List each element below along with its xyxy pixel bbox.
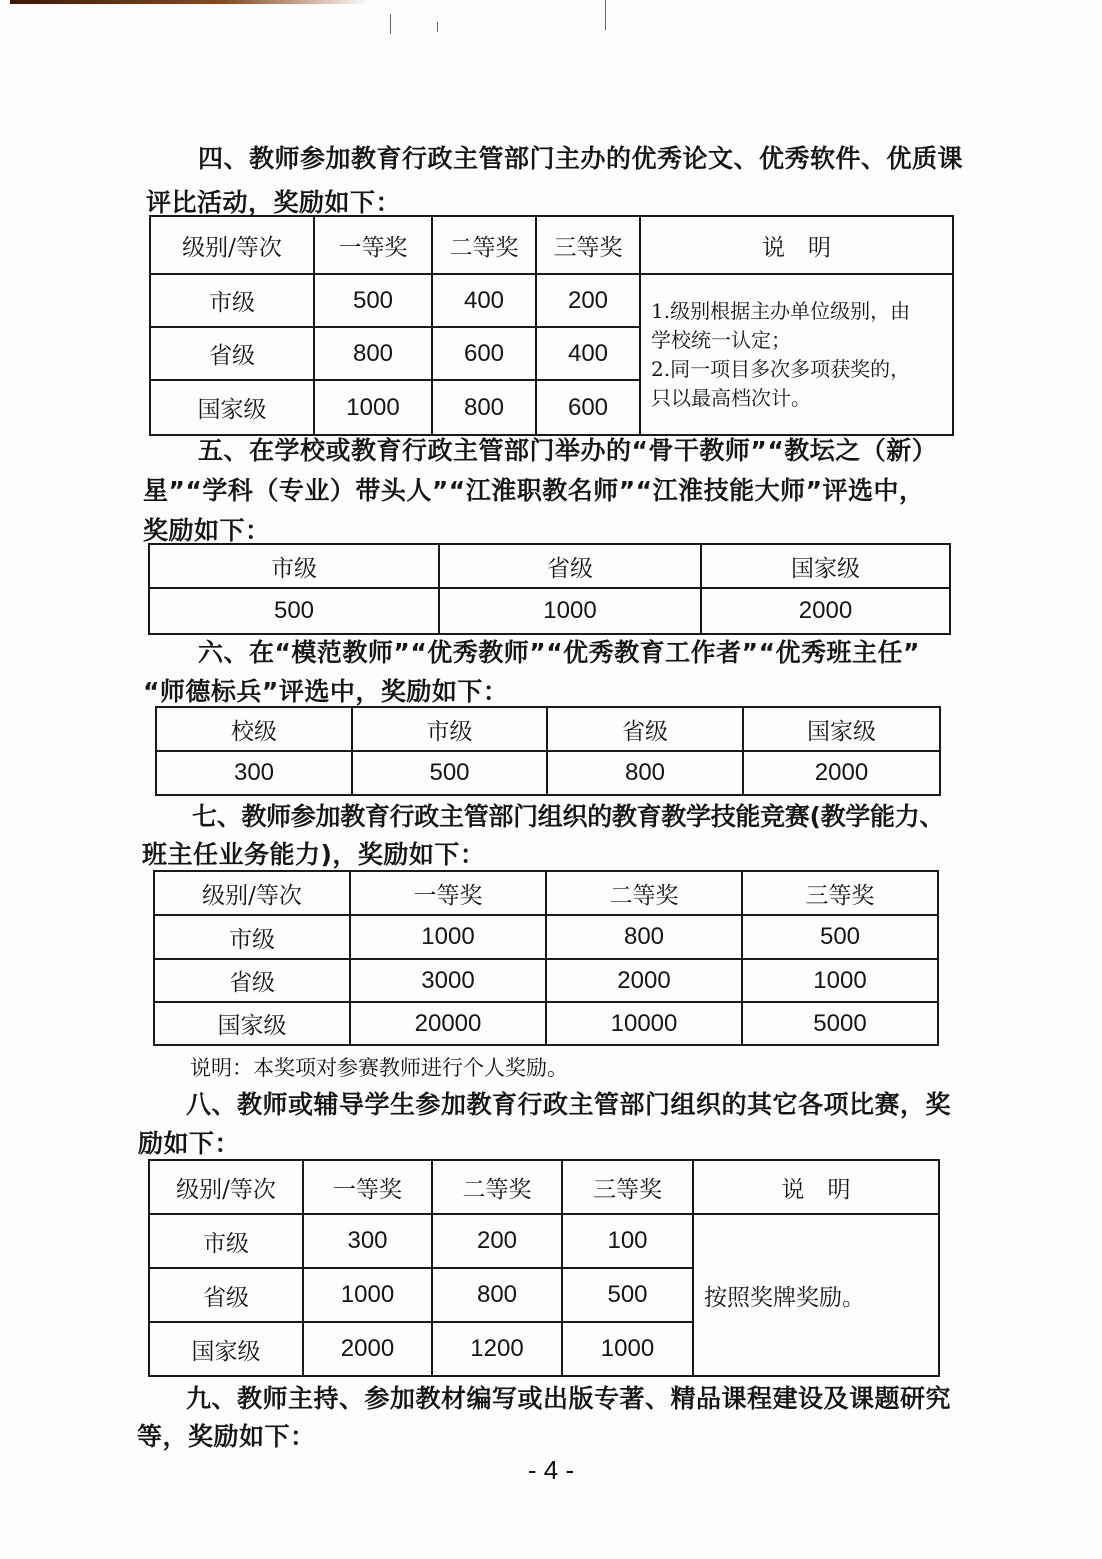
value-cell: 3000 <box>350 959 546 1002</box>
value-cell: 1000 <box>562 1322 693 1376</box>
note-line: 学校统一认定； <box>651 326 946 355</box>
table-row: 省级 3000 2000 1000 <box>154 959 938 1002</box>
header-cell: 一等奖 <box>350 871 546 915</box>
scan-mark <box>390 14 391 34</box>
header-cell: 级别/等次 <box>154 871 350 915</box>
level-cell: 市级 <box>154 915 350 959</box>
value-cell: 800 <box>432 1268 562 1322</box>
note-line: 只以最高档次计。 <box>651 384 946 413</box>
table-row: 300 500 800 2000 <box>156 751 940 795</box>
level-cell: 省级 <box>154 959 350 1002</box>
value-cell: 400 <box>432 274 536 327</box>
value-cell: 10000 <box>546 1002 742 1045</box>
scan-mark <box>437 22 438 32</box>
value-cell: 1000 <box>742 959 938 1002</box>
header-cell: 三等奖 <box>742 871 938 915</box>
header-cell: 省级 <box>547 707 743 751</box>
section-9-line1: 九、教师主持、参加教材编写或出版专著、精品课程建设及课题研究 <box>186 1384 951 1413</box>
table-row: 国家级 20000 10000 5000 <box>154 1002 938 1045</box>
value-cell: 500 <box>314 274 432 327</box>
section-7-line2: 班主任业务能力)，奖励如下： <box>142 840 485 869</box>
header-cell: 省级 <box>439 544 701 588</box>
section-4-table: 级别/等次 一等奖 二等奖 三等奖 说 明 市级 500 400 200 1.级… <box>149 215 954 436</box>
level-cell: 国家级 <box>154 1002 350 1045</box>
section-8-heading: 八、教师或辅导学生参加教育行政主管部门组织的其它各项比赛，奖 <box>140 1086 970 1124</box>
value-cell: 300 <box>303 1214 432 1268</box>
section-5-line2: 星”“学科（专业）带头人”“江淮职教名师”“江淮技能大师”评选中， <box>143 476 925 505</box>
value-cell: 2000 <box>743 751 940 795</box>
value-cell: 5000 <box>742 1002 938 1045</box>
section-9-heading-cont: 等，奖励如下： <box>137 1418 967 1456</box>
table-header-row: 市级 省级 国家级 <box>149 544 950 588</box>
header-cell: 校级 <box>156 707 352 751</box>
header-cell: 级别/等次 <box>150 216 314 274</box>
header-cell: 国家级 <box>743 707 940 751</box>
scan-edge-artifact <box>10 0 370 4</box>
level-cell: 国家级 <box>149 1322 303 1376</box>
section-7-heading: 七、教师参加教育行政主管部门组织的教育教学技能竞赛(教学能力、 <box>146 798 976 836</box>
header-cell: 说 明 <box>640 216 953 274</box>
header-cell: 一等奖 <box>314 216 432 274</box>
section-8-line1: 八、教师或辅导学生参加教育行政主管部门组织的其它各项比赛，奖 <box>186 1090 951 1119</box>
section-8-line2: 励如下： <box>138 1129 240 1158</box>
section-4-heading: 四、教师参加教育行政主管部门主办的优秀论文、优秀软件、优质课 <box>146 140 976 178</box>
section-6-heading: 六、在“模范教师”“优秀教师”“优秀教育工作者”“优秀班主任” <box>146 634 976 672</box>
level-cell: 省级 <box>150 327 314 380</box>
section-7-remark: 说明：本奖项对参赛教师进行个人奖励。 <box>190 1052 568 1082</box>
section-4-line2: 评比活动，奖励如下： <box>146 188 401 217</box>
level-cell: 市级 <box>150 274 314 327</box>
section-5-table: 市级 省级 国家级 500 1000 2000 <box>148 543 951 635</box>
value-cell: 800 <box>546 915 742 959</box>
section-7-line1: 七、教师参加教育行政主管部门组织的教育教学技能竞赛(教学能力、 <box>192 802 944 831</box>
value-cell: 20000 <box>350 1002 546 1045</box>
header-cell: 级别/等次 <box>149 1160 303 1214</box>
value-cell: 400 <box>536 327 640 380</box>
header-cell: 市级 <box>149 544 439 588</box>
note-cell: 1.级别根据主办单位级别，由 学校统一认定； 2.同一项目多次多项获奖的， 只以… <box>640 274 953 435</box>
value-cell: 2000 <box>546 959 742 1002</box>
value-cell: 800 <box>432 380 536 435</box>
table-header-row: 级别/等次 一等奖 二等奖 三等奖 说 明 <box>150 216 953 274</box>
section-8-heading-cont: 励如下： <box>138 1125 968 1163</box>
section-6-line1: 六、在“模范教师”“优秀教师”“优秀教育工作者”“优秀班主任” <box>198 638 920 667</box>
value-cell: 200 <box>536 274 640 327</box>
value-cell: 600 <box>536 380 640 435</box>
header-cell: 三等奖 <box>562 1160 693 1214</box>
value-cell: 800 <box>314 327 432 380</box>
value-cell: 500 <box>742 915 938 959</box>
section-8-table: 级别/等次 一等奖 二等奖 三等奖 说 明 市级 300 200 100 按照奖… <box>148 1159 940 1377</box>
section-9-line2: 等，奖励如下： <box>137 1422 316 1451</box>
section-7-heading-cont: 班主任业务能力)，奖励如下： <box>142 836 972 874</box>
value-cell: 500 <box>562 1268 693 1322</box>
header-cell: 说 明 <box>693 1160 939 1214</box>
section-5-line3: 奖励如下： <box>143 516 271 545</box>
value-cell: 600 <box>432 327 536 380</box>
table-header-row: 级别/等次 一等奖 二等奖 三等奖 <box>154 871 938 915</box>
header-cell: 二等奖 <box>432 216 536 274</box>
value-cell: 1000 <box>303 1268 432 1322</box>
section-4-line1: 四、教师参加教育行政主管部门主办的优秀论文、优秀软件、优质课 <box>198 144 963 173</box>
value-cell: 100 <box>562 1214 693 1268</box>
header-cell: 三等奖 <box>536 216 640 274</box>
note-line: 2.同一项目多次多项获奖的， <box>651 355 946 384</box>
note-line: 1.级别根据主办单位级别，由 <box>651 297 946 326</box>
value-cell: 2000 <box>701 588 950 634</box>
table-row: 市级 500 400 200 1.级别根据主办单位级别，由 学校统一认定； 2.… <box>150 274 953 327</box>
section-5-heading-cont: 星”“学科（专业）带头人”“江淮职教名师”“江淮技能大师”评选中， <box>143 472 973 510</box>
section-5-line1: 五、在学校或教育行政主管部门举办的“骨干教师”“教坛之（新） <box>198 436 937 465</box>
section-6-table: 校级 市级 省级 国家级 300 500 800 2000 <box>155 706 941 796</box>
header-cell: 二等奖 <box>546 871 742 915</box>
section-9-heading: 九、教师主持、参加教材编写或出版专著、精品课程建设及课题研究 <box>140 1380 970 1418</box>
note-cell: 按照奖牌奖励。 <box>693 1214 939 1376</box>
table-header-row: 级别/等次 一等奖 二等奖 三等奖 说 明 <box>149 1160 939 1214</box>
level-cell: 省级 <box>149 1268 303 1322</box>
header-cell: 市级 <box>352 707 547 751</box>
table-row: 500 1000 2000 <box>149 588 950 634</box>
value-cell: 500 <box>149 588 439 634</box>
value-cell: 1200 <box>432 1322 562 1376</box>
value-cell: 800 <box>547 751 743 795</box>
level-cell: 国家级 <box>150 380 314 435</box>
scan-mark <box>605 0 606 30</box>
header-cell: 国家级 <box>701 544 950 588</box>
section-6-line2: “师德标兵”评选中，奖励如下： <box>143 677 508 706</box>
value-cell: 500 <box>352 751 547 795</box>
header-cell: 二等奖 <box>432 1160 562 1214</box>
value-cell: 1000 <box>350 915 546 959</box>
value-cell: 200 <box>432 1214 562 1268</box>
value-cell: 1000 <box>314 380 432 435</box>
table-header-row: 校级 市级 省级 国家级 <box>156 707 940 751</box>
table-row: 市级 1000 800 500 <box>154 915 938 959</box>
page-number: - 4 - <box>0 1455 1102 1486</box>
header-cell: 一等奖 <box>303 1160 432 1214</box>
section-7-table: 级别/等次 一等奖 二等奖 三等奖 市级 1000 800 500 省级 300… <box>153 870 939 1046</box>
value-cell: 2000 <box>303 1322 432 1376</box>
table-row: 市级 300 200 100 按照奖牌奖励。 <box>149 1214 939 1268</box>
level-cell: 市级 <box>149 1214 303 1268</box>
value-cell: 1000 <box>439 588 701 634</box>
section-5-heading: 五、在学校或教育行政主管部门举办的“骨干教师”“教坛之（新） <box>146 432 976 470</box>
value-cell: 300 <box>156 751 352 795</box>
